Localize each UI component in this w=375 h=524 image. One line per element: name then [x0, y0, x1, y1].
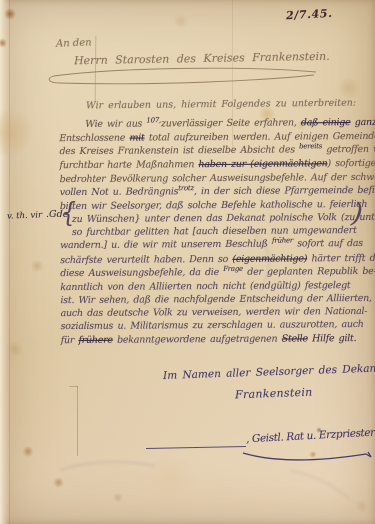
- handwritten-text: total aufzureiben werden. Auf einigen Ge…: [145, 131, 375, 144]
- handwritten-text: auch das deutsche Volk zu verweisen, wer…: [61, 306, 368, 319]
- handwritten-text: Wie wir aus: [85, 118, 146, 129]
- handwritten-line: für frühere bekanntgewordene aufgetragen…: [61, 331, 373, 346]
- margin-note: v. th. vir: [7, 210, 42, 221]
- handwritten-text: zuverlässiger Seite erfahren,: [161, 117, 301, 129]
- handwritten-text: 107,: [146, 116, 161, 124]
- handwritten-text: schärfste verurteilt haben. Denn so: [60, 253, 232, 265]
- struck-text: Stelle: [282, 333, 308, 344]
- handwritten-line: wandern.] u. die wir mit unserem Beschlu…: [60, 237, 372, 253]
- handwritten-text: für: [61, 334, 79, 345]
- handwritten-text: zu Wünschen} unter denen das Dekanat pol…: [72, 212, 375, 225]
- handwritten-text: getroffen worden.: [322, 144, 375, 156]
- handwritten-text: bekanntgewordene aufgetragenen: [113, 333, 282, 345]
- handwritten-text: so furchtbar gelitten hat [auch dieselbe…: [72, 225, 357, 238]
- struck-text: daß einige: [301, 117, 351, 128]
- handwritten-text: ) sofortigen Zeit: [327, 158, 375, 170]
- struck-text: mit: [129, 133, 144, 144]
- handwritten-text: Frage: [223, 265, 243, 273]
- handwritten-text: Hilfe gilt.: [312, 333, 356, 344]
- body-text: Wie wir aus 107,zuverlässiger Seite erfa…: [59, 116, 373, 347]
- handwritten-text: diese Ausweisungsbefehle, da die: [60, 267, 223, 279]
- handwritten-text: kanntlich von den Alliierten noch nicht …: [60, 280, 350, 293]
- struck-text: haben zur (eigenmächtigen: [198, 159, 327, 171]
- handwritten-text: der geplanten Republik be-: [243, 266, 375, 278]
- struck-text: frühere: [78, 334, 112, 345]
- handwritten-text: trotz: [178, 184, 194, 192]
- handwritten-text: ganze Gemeinden: [355, 116, 375, 128]
- signature-flourish: [240, 446, 375, 468]
- handwritten-text: , in der sich diese Pfarrgemeinde befind…: [194, 185, 375, 197]
- handwritten-text: vollen Not u. Bedrängnis: [60, 186, 179, 198]
- handwritten-text: bitten wir Seelsorger, daß solche Befehl…: [60, 199, 367, 212]
- handwritten-text: des Kreises Frankenstein ist dieselbe Ab…: [59, 145, 299, 158]
- handwritten-text: furchtbar harte Maßnahmen: [60, 160, 199, 172]
- handwritten-text: ist. Wir sehen, daß die nachfolgende Ent…: [60, 293, 371, 306]
- handwritten-text: Entschlossene: [59, 133, 129, 144]
- handwritten-text: bereits: [299, 143, 322, 151]
- handwritten-text: härter trifft das: [307, 252, 375, 264]
- handwritten-text: früher: [272, 237, 293, 245]
- handwritten-text: sozialismus u. Militarismus zu zerschlag…: [61, 319, 364, 332]
- struck-text: (eigenmächtige): [232, 253, 307, 265]
- handwritten-text: wandern.] u. die wir mit unserem Beschlu…: [60, 239, 272, 251]
- closing-line-2: Frankenstein: [235, 386, 313, 402]
- address-line-1: An den: [56, 37, 92, 49]
- paper: 2/7.45. An den Herrn Starosten des Kreis…: [0, 0, 375, 524]
- address-flourish: [42, 64, 324, 90]
- date-annotation: 2/7.45.: [286, 7, 333, 22]
- handwritten-text: bedrohter Bevölkerung solcher Ausweisung…: [60, 171, 375, 184]
- handwritten-text: sofort auf das: [293, 238, 363, 249]
